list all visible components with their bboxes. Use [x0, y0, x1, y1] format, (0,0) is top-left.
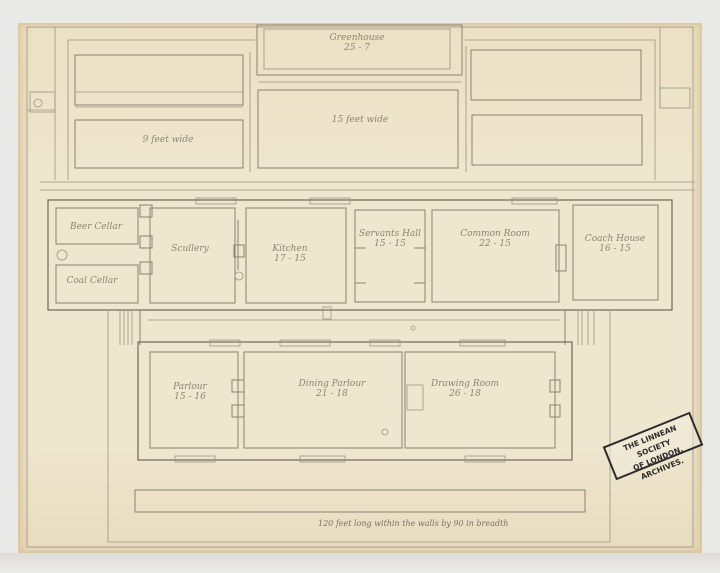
greenhouse-label: Greenhouse 25 - 7 [330, 34, 385, 54]
scullery [150, 208, 235, 303]
center-bed-label: 15 feet wide [332, 116, 388, 126]
common-room [432, 210, 559, 302]
common-room-label: Common Room 22 - 15 [460, 230, 530, 250]
dining-parlour-label: Dining Parlour 21 - 18 [299, 380, 366, 400]
dining-parlour [244, 352, 402, 448]
left-bed-label: 9 feet wide [143, 136, 194, 146]
drawing-room-label: Drawing Room 26 - 18 [431, 380, 499, 400]
beer-cellar-label: Beer Cellar [70, 223, 122, 233]
servants-hall [355, 210, 425, 302]
coach-house-label: Coach House 16 - 15 [585, 235, 645, 255]
servants-hall-label: Servants Hall 15 - 15 [359, 230, 421, 250]
coal-cellar-label: Coal Cellar [66, 277, 117, 287]
center-bed [258, 90, 458, 168]
drawing-room [405, 352, 555, 448]
scullery-label: Scullery [171, 245, 208, 255]
kitchen-label: Kitchen 17 - 15 [272, 245, 307, 265]
right-corner-box [660, 88, 690, 108]
front-terrace [135, 490, 585, 512]
footer-note: 120 feet long within the walls by 90 in … [318, 519, 508, 528]
parlour-label: Parlour 15 - 16 [173, 383, 207, 403]
